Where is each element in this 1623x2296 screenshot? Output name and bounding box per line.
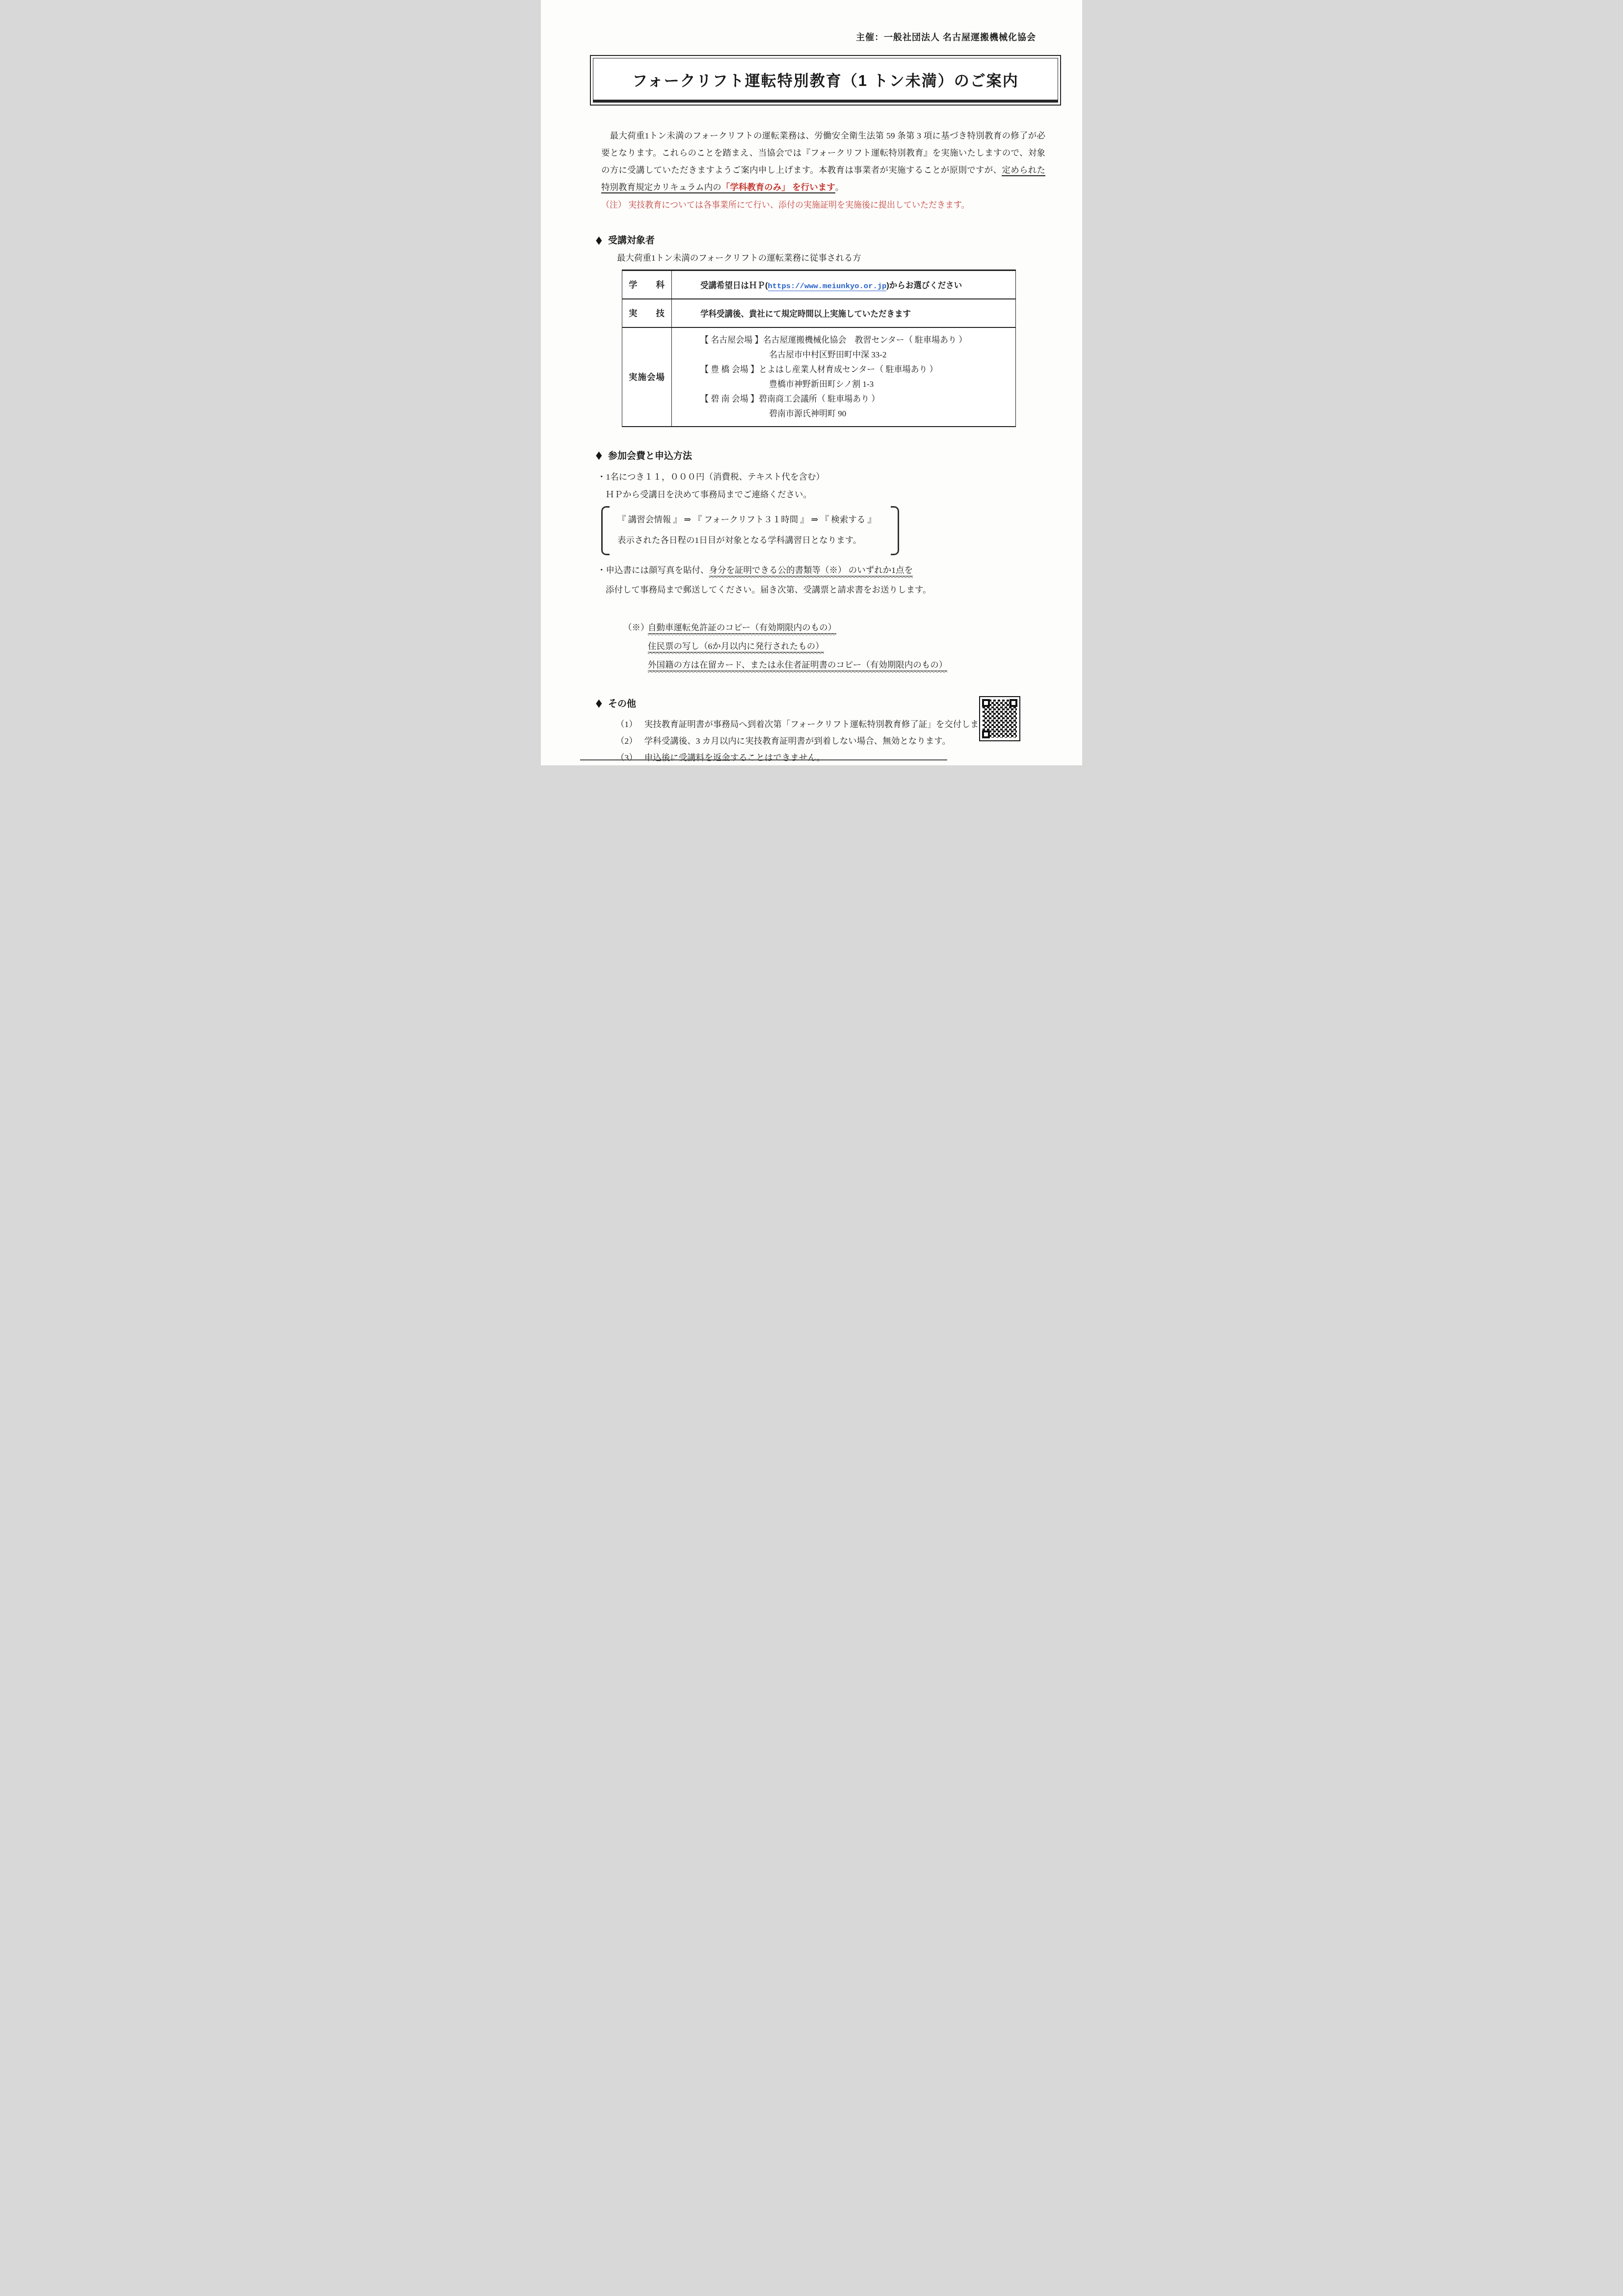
section-fee-label: 参加会費と申込方法 bbox=[608, 449, 692, 462]
section-fee-heading: ◆ 参加会費と申込方法 bbox=[595, 449, 1082, 462]
venue-hekinan: 【 碧 南 会場 】碧南商工会議所（ 駐車場あり ） bbox=[700, 392, 1011, 406]
venue-nagoya-name: 名古屋運搬機械化協会 教習センター（ 駐車場あり ） bbox=[763, 335, 967, 345]
document-page: 主催：一般社団法人 名古屋運搬機械化協会 フォークリフト運転特別教育（1 トン未… bbox=[541, 0, 1082, 765]
venue-toyohashi: 【 豊 橋 会場 】とよはし産業人材育成センター（ 駐車場あり ） bbox=[700, 362, 1011, 377]
application-line1: ・申込書には顔写真を貼付、身分を証明できる公的書類等（※） のいずれか1点を bbox=[597, 561, 1082, 579]
bracket-left bbox=[601, 506, 610, 555]
gakka-text-pre: 受講希望日はＨＰ( bbox=[700, 281, 768, 290]
table-row-gakka: 学 科 受講希望日はＨＰ(https://www.meiunkyo.or.jp)… bbox=[622, 270, 1016, 299]
others-item-3-num: （3） bbox=[616, 749, 638, 766]
section-audience-label: 受講対象者 bbox=[608, 233, 655, 246]
venue-nagoya: 【 名古屋会場 】名古屋運搬機械化協会 教習センター（ 駐車場あり ） bbox=[700, 333, 1011, 348]
qr-finder-icon bbox=[982, 699, 990, 707]
diamond-icon: ◆ bbox=[596, 698, 602, 708]
others-item-2-text: 学科受講後、3 カ月以内に実技教育証明書が到着しない場合、無効となります。 bbox=[644, 732, 951, 749]
others-item-3-text: 申込後に受講料を返金することはできません。 bbox=[644, 749, 825, 766]
fee-amount-line: ・1名につき１１，０００円（消費税、テキスト代を含む） bbox=[597, 468, 1082, 486]
qr-pattern bbox=[983, 700, 1017, 738]
docs-label: （※） bbox=[623, 621, 648, 633]
title-box: フォークリフト運転特別教育（1 トン未満）のご案内 bbox=[590, 55, 1061, 106]
qr-finder-icon bbox=[1010, 699, 1017, 707]
intro-text: 最大荷重1トン未満のフォークリフトの運転業務は、労働安全衛生法第 59 条第 3… bbox=[601, 131, 1045, 175]
accepted-docs-list: （※） 自動車運転免許証のコピー（有効期限内のもの） 住民票の写し（6か月以内に… bbox=[623, 618, 1082, 674]
diamond-icon: ◆ bbox=[596, 235, 602, 245]
organizer-line: 主催：一般社団法人 名古屋運搬機械化協会 bbox=[541, 0, 1036, 43]
id-docs-underline: 身分を証明できる公的書類等（※） のいずれか1点を bbox=[709, 565, 913, 576]
application-pre: ・申込書には顔写真を貼付、 bbox=[597, 565, 709, 575]
table-row-jitsugi: 実 技 学科受講後、貴社にて規定時間以上実施していただきます bbox=[622, 299, 1016, 327]
id-docs-phrase: 身分を証明できる公的書類等（※） のいずれか1点を bbox=[709, 565, 913, 575]
hp-steps-line2: 表示された各日程の1日目が対象となる学科講習日となります。 bbox=[617, 530, 876, 550]
docs-row-2: 住民票の写し（6か月以内に発行されたもの） bbox=[648, 637, 1082, 655]
course-info-table: 学 科 受講希望日はＨＰ(https://www.meiunkyo.or.jp)… bbox=[622, 270, 1016, 427]
others-item-3: （3） 申込後に受講料を返金することはできません。 bbox=[616, 749, 1082, 766]
intro-red-emphasis: 「学科教育のみ」 を行います bbox=[721, 182, 835, 192]
doc-item-license: 自動車運転免許証のコピー（有効期限内のもの） bbox=[648, 618, 836, 637]
row-body-jitsugi: 学科受講後、貴社にて規定時間以上実施していただきます bbox=[672, 299, 1016, 327]
doc-item-zairyu-text: 外国籍の方は在留カード、または永住者証明書のコピー（有効期限内のもの） bbox=[648, 660, 947, 670]
doc-item-zairyu-underline: 外国籍の方は在留カード、または永住者証明書のコピー（有効期限内のもの） bbox=[648, 660, 947, 671]
row-label-venues: 実施会場 bbox=[622, 327, 672, 427]
others-item-1-num: （1） bbox=[616, 716, 638, 732]
venue-toyohashi-address: 豊橋市神野新田町シノ割 1-3 bbox=[769, 377, 1011, 392]
bracket-right bbox=[891, 506, 899, 555]
qr-code bbox=[979, 696, 1020, 741]
venue-toyohashi-tag: 【 豊 橋 会場 】 bbox=[700, 365, 759, 374]
venue-nagoya-address: 名古屋市中村区野田町中深 33-2 bbox=[769, 348, 1011, 362]
row-label-jitsugi: 実 技 bbox=[622, 299, 672, 327]
venue-hekinan-name: 碧南商工会議所（ 駐車場あり ） bbox=[759, 394, 880, 404]
docs-row-3: 外国籍の方は在留カード、または永住者証明書のコピー（有効期限内のもの） bbox=[648, 655, 1082, 674]
intro-tail: 。 bbox=[835, 182, 844, 192]
hp-steps-line1: 『 講習会情報 』 ⇒ 『 フォークリフト３１時間 』 ⇒ 『 検索する 』 bbox=[617, 509, 876, 530]
docs-row-1: （※） 自動車運転免許証のコピー（有効期限内のもの） bbox=[623, 618, 1082, 637]
others-item-1-text: 実技教育証明書が事務局へ到着次第「フォークリフト運転特別教育修了証」を交付します… bbox=[644, 716, 995, 732]
venue-hekinan-address: 碧南市源氏神明町 90 bbox=[769, 406, 1011, 421]
diamond-icon: ◆ bbox=[596, 450, 602, 460]
venue-toyohashi-name: とよはし産業人材育成センター（ 駐車場あり ） bbox=[759, 365, 938, 374]
doc-item-juminhyo-underline: 住民票の写し（6か月以内に発行されたもの） bbox=[648, 641, 824, 652]
audience-body: 最大荷重1トン未満のフォークリフトの運転業務に従事される方 bbox=[617, 251, 1082, 264]
doc-item-license-underline: 自動車運転免許証のコピー（有効期限内のもの） bbox=[648, 622, 836, 634]
qr-finder-icon bbox=[982, 730, 990, 738]
table-row-venues: 実施会場 【 名古屋会場 】名古屋運搬機械化協会 教習センター（ 駐車場あり ）… bbox=[622, 327, 1016, 427]
doc-item-zairyu: 外国籍の方は在留カード、または永住者証明書のコピー（有効期限内のもの） bbox=[648, 655, 947, 674]
row-label-gakka: 学 科 bbox=[622, 270, 672, 299]
hp-steps-content: 『 講習会情報 』 ⇒ 『 フォークリフト３１時間 』 ⇒ 『 検索する 』 表… bbox=[610, 506, 891, 555]
intro-paragraph: 最大荷重1トン未満のフォークリフトの運転業務は、労働安全衛生法第 59 条第 3… bbox=[601, 127, 1045, 196]
doc-item-juminhyo: 住民票の写し（6か月以内に発行されたもの） bbox=[648, 637, 824, 655]
website-link[interactable]: https://www.meiunkyo.or.jp bbox=[768, 282, 887, 291]
doc-item-license-text: 自動車運転免許証のコピー（有効期限内のもの） bbox=[648, 622, 836, 632]
section-audience-heading: ◆ 受講対象者 bbox=[595, 233, 1082, 246]
page-title: フォークリフト運転特別教育（1 トン未満）のご案内 bbox=[632, 68, 1018, 90]
row-body-gakka: 受講希望日はＨＰ(https://www.meiunkyo.or.jp)からお選… bbox=[672, 270, 1016, 299]
section-others-label: その他 bbox=[608, 697, 636, 710]
application-line2: 添付して事務局まで郵送してください。届き次第、受講票と請求書をお送りします。 bbox=[606, 581, 1082, 598]
title-box-inner: フォークリフト運転特別教育（1 トン未満）のご案内 bbox=[593, 58, 1058, 103]
others-item-2-num: （2） bbox=[616, 732, 638, 749]
row-body-venues: 【 名古屋会場 】名古屋運搬機械化協会 教習センター（ 駐車場あり ） 名古屋市… bbox=[672, 327, 1016, 427]
fee-contact-line: ＨＰから受講日を決めて事務局までご連絡ください。 bbox=[606, 486, 1082, 503]
note-line: （注） 実技教育については各事業所にて行い、添付の実施証明を実施後に提出していた… bbox=[601, 198, 1045, 213]
venue-nagoya-tag: 【 名古屋会場 】 bbox=[700, 335, 763, 345]
hp-steps-bracket: 『 講習会情報 』 ⇒ 『 フォークリフト３１時間 』 ⇒ 『 検索する 』 表… bbox=[601, 506, 899, 555]
doc-item-juminhyo-text: 住民票の写し（6か月以内に発行されたもの） bbox=[648, 641, 824, 651]
gakka-text-post: )からお選びください bbox=[886, 281, 962, 290]
scan-artifact-line bbox=[580, 759, 947, 760]
venue-hekinan-tag: 【 碧 南 会場 】 bbox=[700, 394, 759, 404]
